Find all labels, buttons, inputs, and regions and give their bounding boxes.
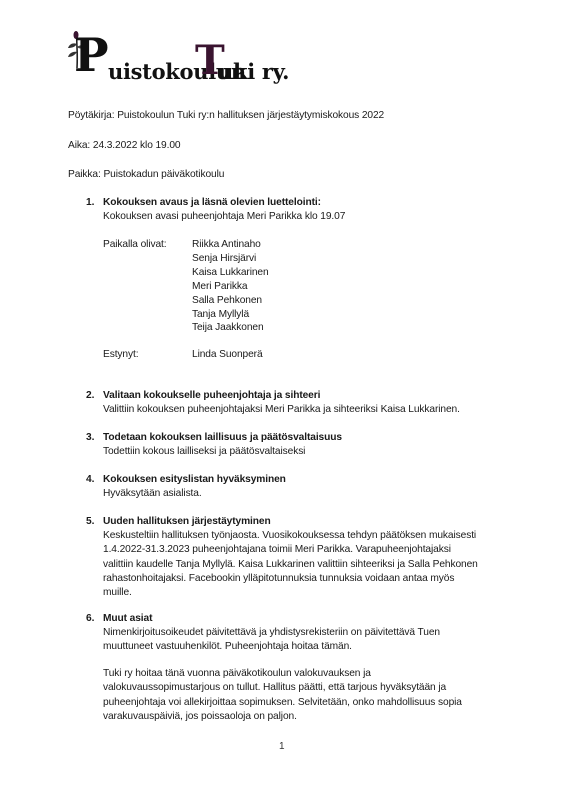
text-line: muille. — [103, 586, 483, 600]
attendee: Senja Hirsjärvi — [192, 252, 269, 266]
section-3-text: Todettiin kokous lailliseksi ja päätösva… — [103, 445, 483, 459]
attendee: Kaisa Lukkarinen — [192, 266, 269, 280]
text-line: Keskusteltiin hallituksen työnjaosta. Vu… — [103, 529, 483, 543]
section-3-heading: Todetaan kokouksen laillisuus ja päätösv… — [103, 431, 342, 445]
text-line: puheenjohtaja voi allekirjoittaa sopimuk… — [103, 696, 483, 710]
attendee: Teija Jaakkonen — [192, 321, 269, 335]
meeting-place: Paikka: Puistokadun päiväkotikoulu — [68, 168, 224, 182]
present-label: Paikalla olivat: — [103, 238, 167, 252]
section-4-text: Hyväksytään asialista. — [103, 487, 483, 501]
attendee: Tanja Myllylä — [192, 308, 269, 322]
text-line: Nimenkirjoitusoikeudet päivitettävä ja y… — [103, 626, 483, 640]
present-list: Riikka Antinaho Senja Hirsjärvi Kaisa Lu… — [192, 238, 269, 335]
text-line: muuttuneet vastuuhenkilöt. Puheenjohtaja… — [103, 640, 483, 654]
text-line: Todettiin kokous lailliseksi ja päätösva… — [103, 445, 483, 459]
document-title: Pöytäkirja: Puistokoulun Tuki ry:n halli… — [68, 109, 384, 123]
section-4-number: 4. — [86, 473, 94, 487]
text-line: valokuvaussopimustarjous on tullut. Hall… — [103, 681, 483, 695]
absent-list: Linda Suonperä — [192, 348, 263, 362]
logo-initial-p: P — [74, 30, 109, 80]
logo-text-tuki: uki ry. — [218, 60, 289, 84]
section-2-number: 2. — [86, 389, 94, 403]
document-page: P uistokoulun T uki ry. Pöytäkirja: Puis… — [0, 0, 565, 800]
association-logo: P uistokoulun T uki ry. — [66, 30, 296, 86]
section-5-number: 5. — [86, 515, 94, 529]
section-5-text: Keskusteltiin hallituksen työnjaosta. Vu… — [103, 529, 483, 600]
text-line: Hyväksytään asialista. — [103, 487, 483, 501]
attendee: Salla Pehkonen — [192, 294, 269, 308]
section-1-text: Kokouksen avasi puheenjohtaja Meri Parik… — [103, 210, 483, 224]
section-1-heading: Kokouksen avaus ja läsnä olevien luettel… — [103, 196, 321, 210]
text-line: Valittiin kokouksen puheenjohtajaksi Mer… — [103, 403, 483, 417]
page-number: 1 — [279, 741, 284, 752]
section-5-heading: Uuden hallituksen järjestäytyminen — [103, 515, 271, 529]
section-4-heading: Kokouksen esityslistan hyväksyminen — [103, 473, 286, 487]
attendee: Meri Parikka — [192, 280, 269, 294]
text-line: varakuvauspäiviä, jos poissaoloja on pal… — [103, 710, 483, 724]
attendee: Riikka Antinaho — [192, 238, 269, 252]
meeting-time: Aika: 24.3.2022 klo 19.00 — [68, 139, 180, 153]
section-6-number: 6. — [86, 612, 94, 626]
section-3-number: 3. — [86, 431, 94, 445]
absent-label: Estynyt: — [103, 348, 138, 362]
section-6-text-2: Tuki ry hoitaa tänä vuonna päiväkotikoul… — [103, 667, 483, 724]
absentee: Linda Suonperä — [192, 348, 263, 362]
section-2-heading: Valitaan kokoukselle puheenjohtaja ja si… — [103, 389, 320, 403]
section-6-text: Nimenkirjoitusoikeudet päivitettävä ja y… — [103, 626, 483, 655]
section-2-text: Valittiin kokouksen puheenjohtajaksi Mer… — [103, 403, 483, 417]
text-line: valittiin kaudelle Tanja Myllylä. Kaisa … — [103, 558, 483, 572]
text-line: Tuki ry hoitaa tänä vuonna päiväkotikoul… — [103, 667, 483, 681]
text-line: Kokouksen avasi puheenjohtaja Meri Parik… — [103, 210, 483, 224]
text-line: 1.4.2022-31.3.2023 puheenjohtajana toimi… — [103, 543, 483, 557]
section-1-number: 1. — [86, 196, 94, 210]
text-line: rahastonhoitajaksi. Facebookin ylläpitot… — [103, 572, 483, 586]
section-6-heading: Muut asiat — [103, 612, 152, 626]
